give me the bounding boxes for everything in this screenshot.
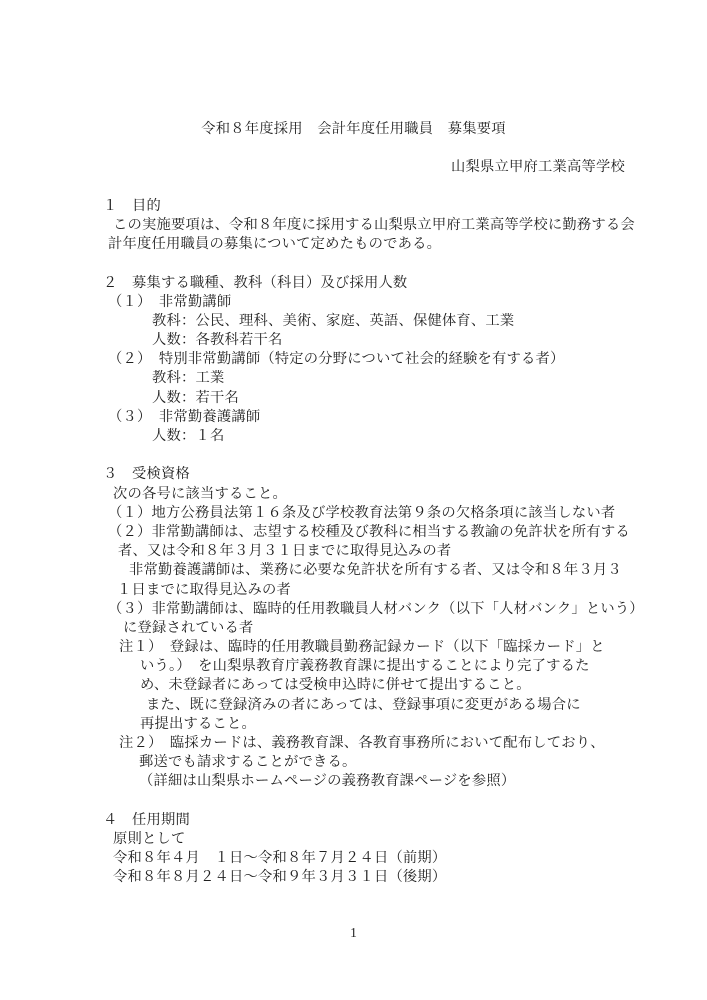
section-heading: ４ 任用期間 xyxy=(0,811,707,830)
note-line: また、既に登録済みの者にあっては、登録事項に変更がある場合に xyxy=(0,696,707,715)
note-line: 郵送でも請求することができる。 xyxy=(0,753,707,772)
page: { "page": { "background": "#ffffff", "te… xyxy=(0,0,707,1000)
blank xyxy=(0,254,707,273)
issuer: 山梨県立甲府工業高等学校 xyxy=(0,158,707,177)
list-item: （１） 非常勤講師 xyxy=(0,293,707,312)
section-heading: １ 目的 xyxy=(0,197,707,216)
body-line: 教科：工業 xyxy=(0,369,707,388)
note-line: め、未登録者にあっては受検申込時に併せて提出すること。 xyxy=(0,676,707,695)
body-line: 者、又は令和８年３月３１日までに取得見込みの者 xyxy=(0,542,707,561)
list-item: （１）地方公務員法第１６条及び学校教育法第９条の欠格条項に該当しない者 xyxy=(0,504,707,523)
body-line: この実施要項は、令和８年度に採用する山梨県立甲府工業高等学校に勤務する会 xyxy=(0,216,707,235)
body-line: 令和８年８月２４日～令和９年３月３１日（後期） xyxy=(0,868,707,887)
body-line: 非常勤養護講師は、業務に必要な免許状を所有する者、又は令和８年３月３ xyxy=(0,561,707,580)
note-line: （詳細は山梨県ホームページの義務教育課ページを参照） xyxy=(0,772,707,791)
body-line: に登録されている者 xyxy=(0,619,707,638)
body-line: 人数：１名 xyxy=(0,427,707,446)
body-line: 人数：若干名 xyxy=(0,389,707,408)
page-number: 1 xyxy=(0,925,707,941)
body-line: 原則として xyxy=(0,830,707,849)
document-sheet: 令和８年度採用 会計年度任用職員 募集要項山梨県立甲府工業高等学校１ 目的この実… xyxy=(0,0,707,1000)
body-line: 計年度任用職員の募集について定めたものである。 xyxy=(0,235,707,254)
section-heading: ３ 受検資格 xyxy=(0,465,707,484)
note-line: いう。） を山梨県教育庁義務教育課に提出することにより完了するた xyxy=(0,657,707,676)
body-line: 令和８年４月 １日～令和８年７月２４日（前期） xyxy=(0,849,707,868)
body-line: 次の各号に該当すること。 xyxy=(0,485,707,504)
blank xyxy=(0,178,707,197)
list-item: （３）非常勤講師は、臨時的任用教職員人材バンク（以下「人材バンク」という） xyxy=(0,600,707,619)
section-heading: ２ 募集する職種、教科（科目）及び採用人数 xyxy=(0,274,707,293)
blank xyxy=(0,792,707,811)
note-line: 注１） 登録は、臨時的任用教職員勤務記録カード（以下「臨採カード」と xyxy=(0,638,707,657)
document-body: 令和８年度採用 会計年度任用職員 募集要項山梨県立甲府工業高等学校１ 目的この実… xyxy=(0,120,707,888)
body-line: 人数：各教科若干名 xyxy=(0,331,707,350)
body-line: 教科：公民、理科、美術、家庭、英語、保健体育、工業 xyxy=(0,312,707,331)
list-item: （２）非常勤講師は、志望する校種及び教科に相当する教諭の免許状を所有する xyxy=(0,523,707,542)
document-title: 令和８年度採用 会計年度任用職員 募集要項 xyxy=(0,120,707,139)
list-item: （３） 非常勤養護講師 xyxy=(0,408,707,427)
body-line: １日までに取得見込みの者 xyxy=(0,581,707,600)
note-line: 再提出すること。 xyxy=(0,715,707,734)
note-line: 注２） 臨採カードは、義務教育課、各教育事務所において配布しており、 xyxy=(0,734,707,753)
blank xyxy=(0,446,707,465)
blank xyxy=(0,139,707,158)
list-item: （２） 特別非常勤講師（特定の分野について社会的経験を有する者） xyxy=(0,350,707,369)
